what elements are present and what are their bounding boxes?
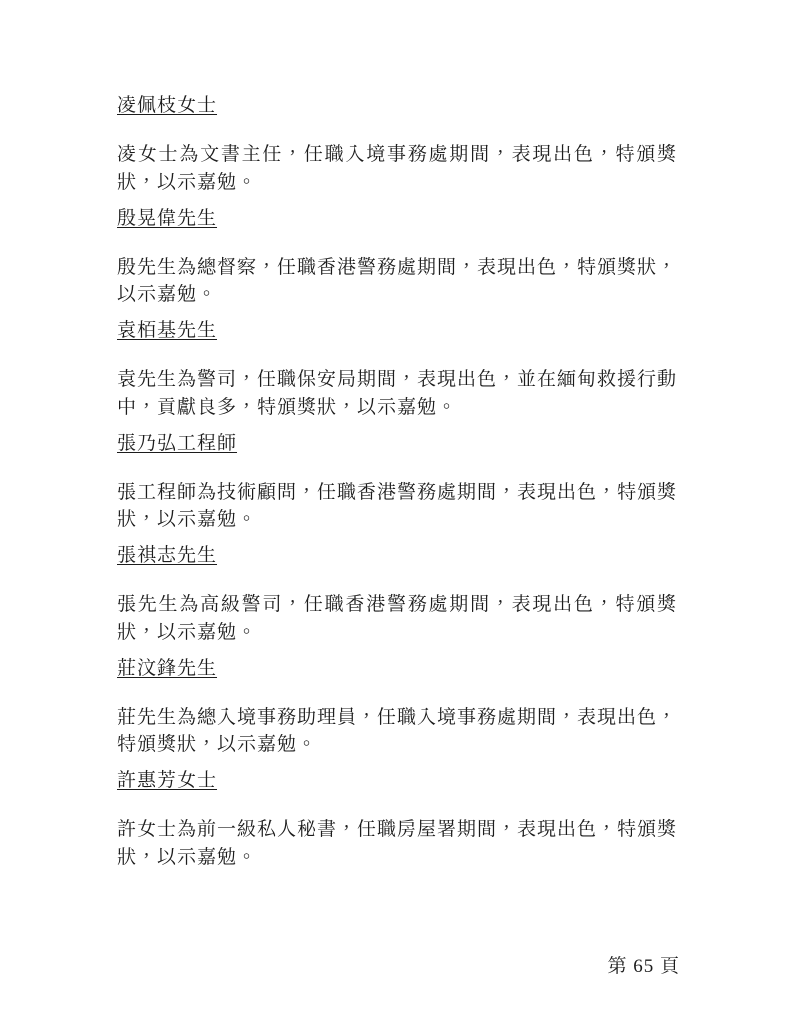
- awardee-heading-row: 張乃弘工程師: [117, 430, 677, 479]
- citation-paragraph: 許女士為前一級私人秘書，任職房屋署期間，表現出色，特頒獎 狀，以示嘉勉。: [117, 816, 677, 871]
- award-entry: 張祺志先生 張先生為高級警司，任職香港警務處期間，表現出色，特頒獎 狀，以示嘉勉…: [117, 542, 677, 646]
- awardee-name: 凌佩枝女士: [117, 92, 217, 119]
- award-entry: 張乃弘工程師 張工程師為技術顧問，任職香港警務處期間，表現出色，特頒獎 狀，以示…: [117, 430, 677, 534]
- page-number: 第 65 頁: [607, 953, 680, 980]
- awardee-heading-row: 殷晃偉先生: [117, 205, 677, 254]
- citation-line-1: 殷先生為總督察，任職香港警務處期間，表現出色，特頒獎狀，: [117, 254, 677, 282]
- award-entry: 殷晃偉先生 殷先生為總督察，任職香港警務處期間，表現出色，特頒獎狀， 以示嘉勉。: [117, 205, 677, 309]
- awardee-heading-row: 凌佩枝女士: [117, 92, 677, 141]
- citation-paragraph: 凌女士為文書主任，任職入境事務處期間，表現出色，特頒獎 狀，以示嘉勉。: [117, 141, 677, 196]
- citation-paragraph: 莊先生為總入境事務助理員，任職入境事務處期間，表現出色， 特頒獎狀，以示嘉勉。: [117, 704, 677, 759]
- citation-line-2: 狀，以示嘉勉。: [117, 844, 677, 872]
- award-entry: 凌佩枝女士 凌女士為文書主任，任職入境事務處期間，表現出色，特頒獎 狀，以示嘉勉…: [117, 92, 677, 196]
- awardee-heading-row: 袁栢基先生: [117, 317, 677, 366]
- citation-line-1: 凌女士為文書主任，任職入境事務處期間，表現出色，特頒獎: [117, 141, 677, 169]
- awardee-name: 莊汶鋒先生: [117, 655, 217, 682]
- citation-paragraph: 張工程師為技術顧問，任職香港警務處期間，表現出色，特頒獎 狀，以示嘉勉。: [117, 479, 677, 534]
- award-entry: 袁栢基先生 袁先生為警司，任職保安局期間，表現出色，並在緬甸救援行動 中，貢獻良…: [117, 317, 677, 421]
- awardee-name: 袁栢基先生: [117, 317, 217, 344]
- citation-line-2: 中，貢獻良多，特頒獎狀，以示嘉勉。: [117, 394, 677, 422]
- awardee-heading-row: 張祺志先生: [117, 542, 677, 591]
- awardee-heading-row: 莊汶鋒先生: [117, 655, 677, 704]
- citation-line-1: 張工程師為技術顧問，任職香港警務處期間，表現出色，特頒獎: [117, 479, 677, 507]
- awardee-heading-row: 許惠芳女士: [117, 767, 677, 816]
- citation-line-1: 張先生為高級警司，任職香港警務處期間，表現出色，特頒獎: [117, 591, 677, 619]
- citation-line-1: 許女士為前一級私人秘書，任職房屋署期間，表現出色，特頒獎: [117, 816, 677, 844]
- document-page: 凌佩枝女士 凌女士為文書主任，任職入境事務處期間，表現出色，特頒獎 狀，以示嘉勉…: [0, 0, 791, 1024]
- citation-line-1: 莊先生為總入境事務助理員，任職入境事務處期間，表現出色，: [117, 704, 677, 732]
- citation-line-1: 袁先生為警司，任職保安局期間，表現出色，並在緬甸救援行動: [117, 366, 677, 394]
- awardee-name: 張祺志先生: [117, 542, 217, 569]
- citation-line-2: 特頒獎狀，以示嘉勉。: [117, 731, 677, 759]
- citation-paragraph: 袁先生為警司，任職保安局期間，表現出色，並在緬甸救援行動 中，貢獻良多，特頒獎狀…: [117, 366, 677, 421]
- citation-line-2: 狀，以示嘉勉。: [117, 169, 677, 197]
- citation-paragraph: 張先生為高級警司，任職香港警務處期間，表現出色，特頒獎 狀，以示嘉勉。: [117, 591, 677, 646]
- award-entry: 莊汶鋒先生 莊先生為總入境事務助理員，任職入境事務處期間，表現出色， 特頒獎狀，…: [117, 655, 677, 759]
- awardee-name: 張乃弘工程師: [117, 430, 237, 457]
- document-body: 凌佩枝女士 凌女士為文書主任，任職入境事務處期間，表現出色，特頒獎 狀，以示嘉勉…: [117, 92, 677, 880]
- award-entry: 許惠芳女士 許女士為前一級私人秘書，任職房屋署期間，表現出色，特頒獎 狀，以示嘉…: [117, 767, 677, 871]
- citation-paragraph: 殷先生為總督察，任職香港警務處期間，表現出色，特頒獎狀， 以示嘉勉。: [117, 254, 677, 309]
- awardee-name: 許惠芳女士: [117, 767, 217, 794]
- citation-line-2: 以示嘉勉。: [117, 281, 677, 309]
- awardee-name: 殷晃偉先生: [117, 205, 217, 232]
- citation-line-2: 狀，以示嘉勉。: [117, 506, 677, 534]
- citation-line-2: 狀，以示嘉勉。: [117, 619, 677, 647]
